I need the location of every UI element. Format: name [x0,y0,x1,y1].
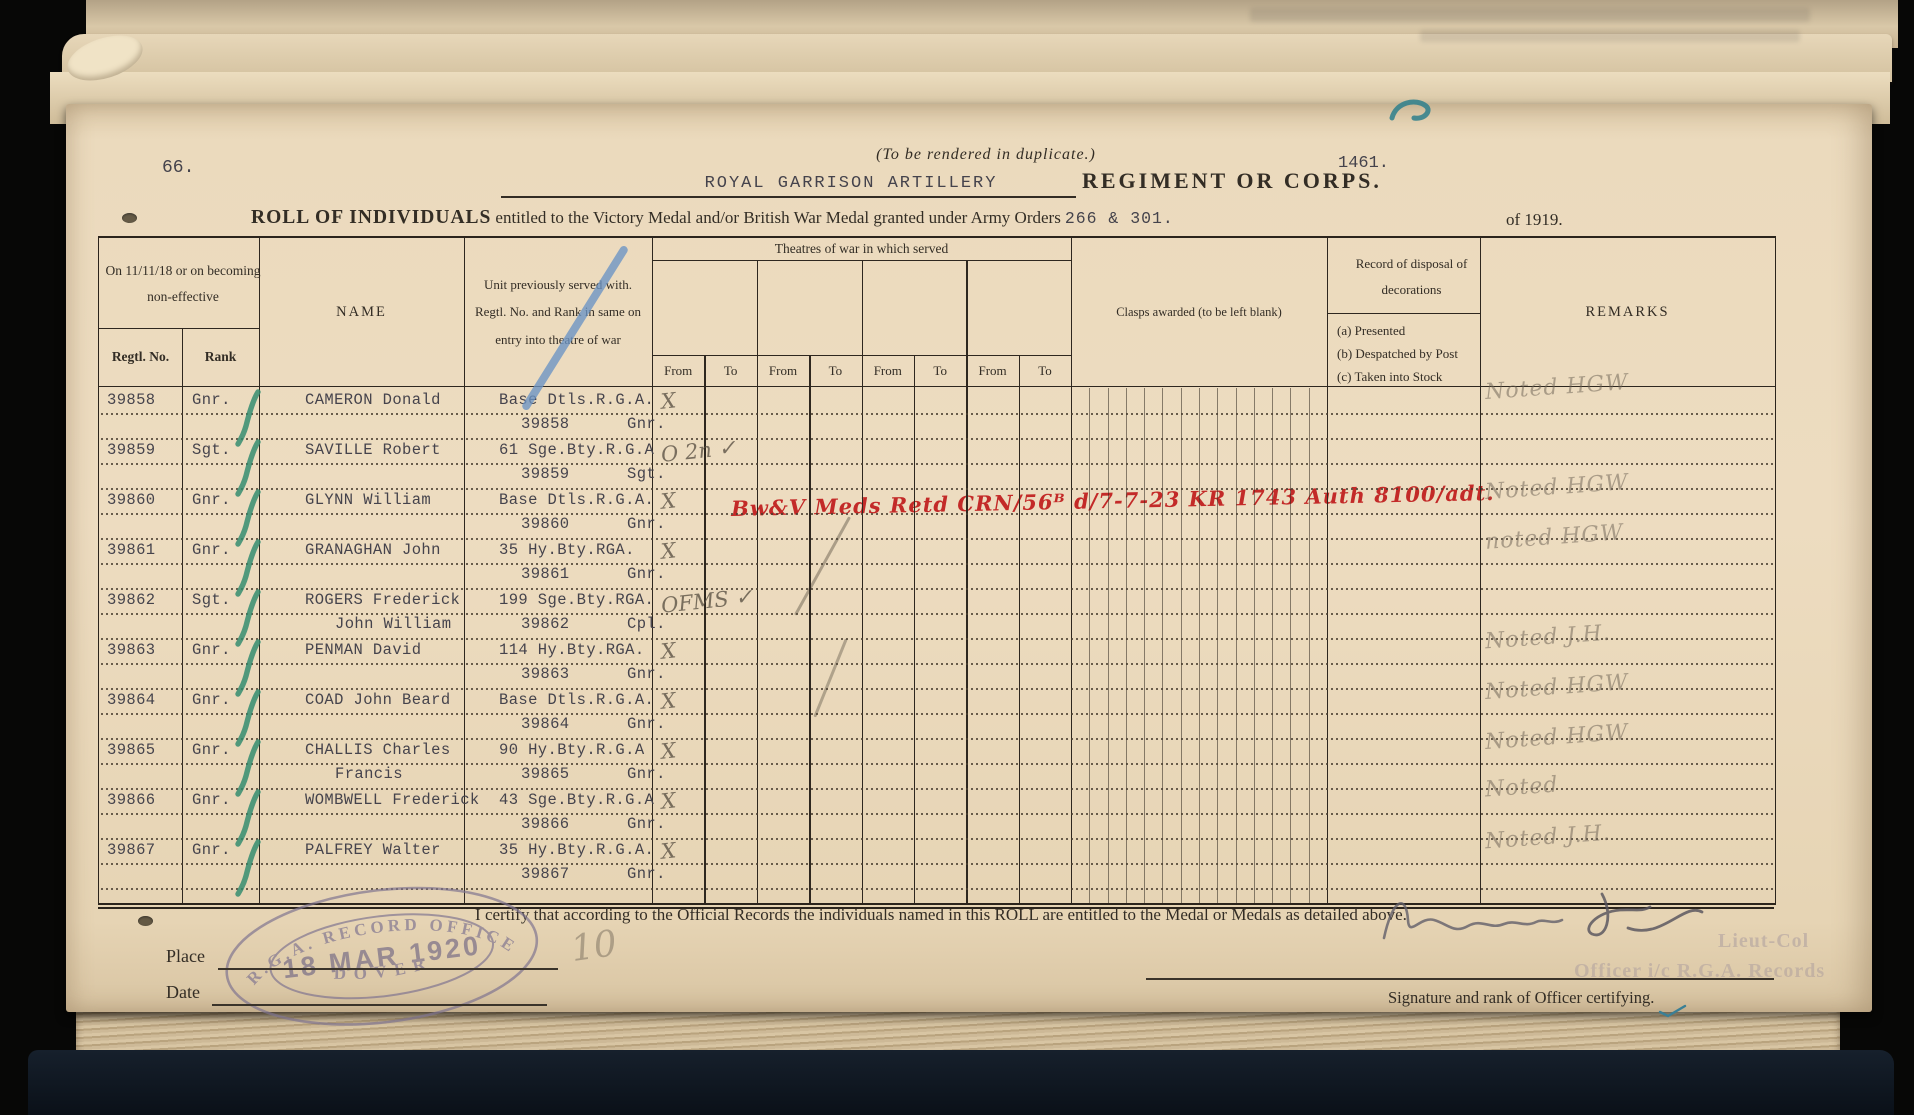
col-header-regtl-no: Regtl. No. [99,328,182,386]
row-name: WOMBWELL Frederick [305,791,480,809]
dotted-leader-line [101,588,1773,590]
col-header-to: To [1019,355,1071,386]
row-regtl-no: 39865 [107,741,156,759]
dotted-leader-line [101,413,1773,415]
col-header-from: From [652,355,704,386]
table-column-rule [1144,388,1145,903]
table-column-rule [1089,388,1090,903]
row-name: ROGERS Frederick [305,591,460,609]
dotted-leader-line [101,863,1773,865]
table-header-rule [99,328,259,329]
row-rank: Gnr. [192,791,231,809]
row-name: COAD John Beard [305,691,451,709]
table-column-rule [1327,238,1328,903]
date-line [212,1004,547,1006]
row-name-line2: John William [335,615,451,633]
page-number: 66. [162,158,194,178]
col-header-name: NAME [259,238,464,386]
roll-number: 1461. [1338,154,1389,173]
table-column-rule [1126,388,1127,903]
row-unit: 43 Sge.Bty.R.G.A [499,791,654,809]
table-header-rule [652,260,1071,261]
table-column-rule [1162,388,1163,903]
row-regtl-no: 39861 [107,541,156,559]
green-check-icon [235,839,261,897]
row-name: SAVILLE Robert [305,441,441,459]
remark-note: noted HGW [1484,520,1624,555]
table-column-rule [1309,388,1310,903]
punch-hole [138,916,153,926]
row-entry-rank: Sgt. [627,465,666,483]
row-rank: Gnr. [192,391,231,409]
row-rank: Gnr. [192,641,231,659]
row-entry-rank: Gnr. [627,715,666,733]
medal-roll-table: On 11/11/18 or on becoming non-effective… [98,236,1776,905]
row-name: PENMAN David [305,641,421,659]
regiment-label: REGIMENT OR CORPS. [1082,168,1382,194]
regiment-underline [501,196,1076,198]
dotted-leader-line [101,563,1773,565]
table-header-rule [1327,313,1480,314]
theatre-served-mark: X [660,488,677,513]
roll-title-year: of 1919. [1506,210,1563,230]
row-entry-rank: Gnr. [627,515,666,533]
officer-signature [1366,882,1746,962]
row-rank: Sgt. [192,441,231,459]
row-rank: Sgt. [192,591,231,609]
dotted-leader-line [101,513,1773,515]
col-header-disposal-items: (a) Presented (b) Despatched by Post (c)… [1337,320,1458,388]
punch-hole [122,213,137,223]
remark-note: Noted HGW [1484,670,1629,705]
row-rank: Gnr. [192,741,231,759]
row-unit: 90 Hy.Bty.R.G.A [499,741,645,759]
row-rank: Gnr. [192,841,231,859]
row-entry-no: 39863 [521,665,570,683]
pencil-tick-stroke [813,638,847,717]
roll-page: 66. (To be rendered in duplicate.) ROYAL… [66,104,1872,1012]
bleed-through-text [1250,8,1810,22]
table-column-rule [1217,388,1218,903]
signature-caption: Signature and rank of Officer certifying… [1388,988,1654,1008]
col-header-from: From [966,355,1018,386]
table-column-rule [1254,388,1255,903]
theatre-served-mark: X [660,738,677,763]
duplicate-note: (To be rendered in duplicate.) [766,146,1206,164]
row-unit: 114 Hy.Bty.RGA. [499,641,645,659]
row-entry-no: 39860 [521,515,570,533]
theatre-served-mark: X [660,538,677,563]
col-header-from: From [757,355,809,386]
blue-ink-scribble [1386,96,1438,126]
row-unit: Base Dtls.R.G.A. [499,491,654,509]
row-rank: Gnr. [192,541,231,559]
theatre-served-mark: X [660,388,677,413]
dotted-leader-line [101,813,1773,815]
table-column-rule [1108,388,1109,903]
book-cover [28,1050,1894,1115]
table-column-rule [1071,238,1072,903]
col-header-effective: On 11/11/18 or on becoming non-effective [99,244,267,324]
row-entry-no: 39864 [521,715,570,733]
row-entry-rank: Gnr. [627,665,666,683]
col-header-clasps: Clasps awarded (to be left blank) [1071,238,1327,386]
dotted-leader-line [101,663,1773,665]
row-name: GLYNN William [305,491,431,509]
theatre-served-mark: X [660,638,677,663]
col-header-to: To [914,355,966,386]
row-regtl-no: 39858 [107,391,156,409]
row-unit: 61 Sge.Bty.R.G.A [499,441,654,459]
row-entry-rank: Gnr. [627,565,666,583]
row-regtl-no: 39866 [107,791,156,809]
row-unit: 35 Hy.Bty.RGA. [499,541,635,559]
regiment-name: ROYAL GARRISON ARTILLERY [626,174,1076,193]
roll-title-body: entitled to the Victory Medal and/or Bri… [495,208,1060,227]
officer-title-stamp: Officer i/c R.G.A. Records [1574,960,1825,983]
col-header-disposal: Record of disposal of decorations [1327,244,1496,310]
disposal-item-b: (b) Despatched by Post [1337,343,1458,366]
disposal-item-a: (a) Presented [1337,320,1458,343]
row-entry-no: 39866 [521,815,570,833]
date-label: Date [166,982,200,1003]
remark-note: Noted J.H. [1484,821,1611,855]
remark-note: Noted [1484,772,1559,802]
col-header-remarks: REMARKS [1480,238,1775,386]
row-name: CHALLIS Charles [305,741,451,759]
dotted-leader-line [101,463,1773,465]
place-line [218,968,558,970]
row-name-line2: Francis [335,765,403,783]
roll-title-prefix: ROLL OF INDIVIDUALS [251,207,491,228]
row-rank: Gnr. [192,691,231,709]
col-header-to: To [704,355,756,386]
row-entry-no: 39865 [521,765,570,783]
col-header-from: From [862,355,914,386]
row-regtl-no: 39863 [107,641,156,659]
remark-note: Noted HGW [1484,720,1629,755]
signature-line [1146,978,1774,980]
row-unit: Base Dtls.R.G.A. [499,691,654,709]
officer-rank-stamp: Lieut-Col [1718,930,1809,953]
theatre-served-mark: X [660,788,677,813]
theatre-served-mark: X [660,688,677,713]
row-entry-no: 39862 [521,615,570,633]
pencil-number: 10 [568,923,619,970]
table-column-rule [1236,388,1237,903]
row-entry-rank: Gnr. [627,415,666,433]
col-header-to: To [809,355,861,386]
row-name: CAMERON Donald [305,391,441,409]
row-entry-rank: Gnr. [627,765,666,783]
dotted-leader-line [101,438,1773,440]
row-regtl-no: 39864 [107,691,156,709]
dotted-leader-line [101,713,1773,715]
row-rank: Gnr. [192,491,231,509]
row-unit: 199 Sge.Bty.RGA. [499,591,654,609]
disposal-item-c: (c) Taken into Stock [1337,366,1458,389]
blue-check-mark [1658,1004,1688,1018]
table-column-rule [1181,388,1182,903]
row-entry-rank: Gnr. [627,815,666,833]
theatre-served-mark: X [660,838,677,863]
row-name: GRANAGHAN John [305,541,441,559]
row-entry-no: 39861 [521,565,570,583]
row-regtl-no: 39862 [107,591,156,609]
col-header-rank: Rank [182,328,259,386]
remark-note: Noted HGW [1484,470,1629,505]
pencil-tick-stroke [794,516,851,615]
table-column-rule [1199,388,1200,903]
remark-note: Noted J.H. [1484,621,1611,655]
row-entry-rank: Cpl. [627,615,666,633]
army-orders: 266 & 301. [1065,209,1174,228]
row-name: PALFREY Walter [305,841,441,859]
place-label: Place [166,946,205,967]
row-entry-no: 39858 [521,415,570,433]
bleed-through-text [1420,30,1800,42]
row-entry-no: 39859 [521,465,570,483]
table-column-rule [1290,388,1291,903]
row-entry-rank: Gnr. [627,865,666,883]
table-column-rule [1272,388,1273,903]
roll-title: ROLL OF INDIVIDUALS entitled to the Vict… [251,207,1491,229]
row-regtl-no: 39859 [107,441,156,459]
row-regtl-no: 39867 [107,841,156,859]
row-unit: 35 Hy.Bty.R.G.A. [499,841,654,859]
col-header-theatres: Theatres of war in which served [652,239,1071,259]
row-regtl-no: 39860 [107,491,156,509]
book-scan: 66. (To be rendered in duplicate.) ROYAL… [0,0,1914,1115]
certification-text: I certify that according to the Official… [406,905,1476,925]
table-column-rule [1480,238,1481,903]
